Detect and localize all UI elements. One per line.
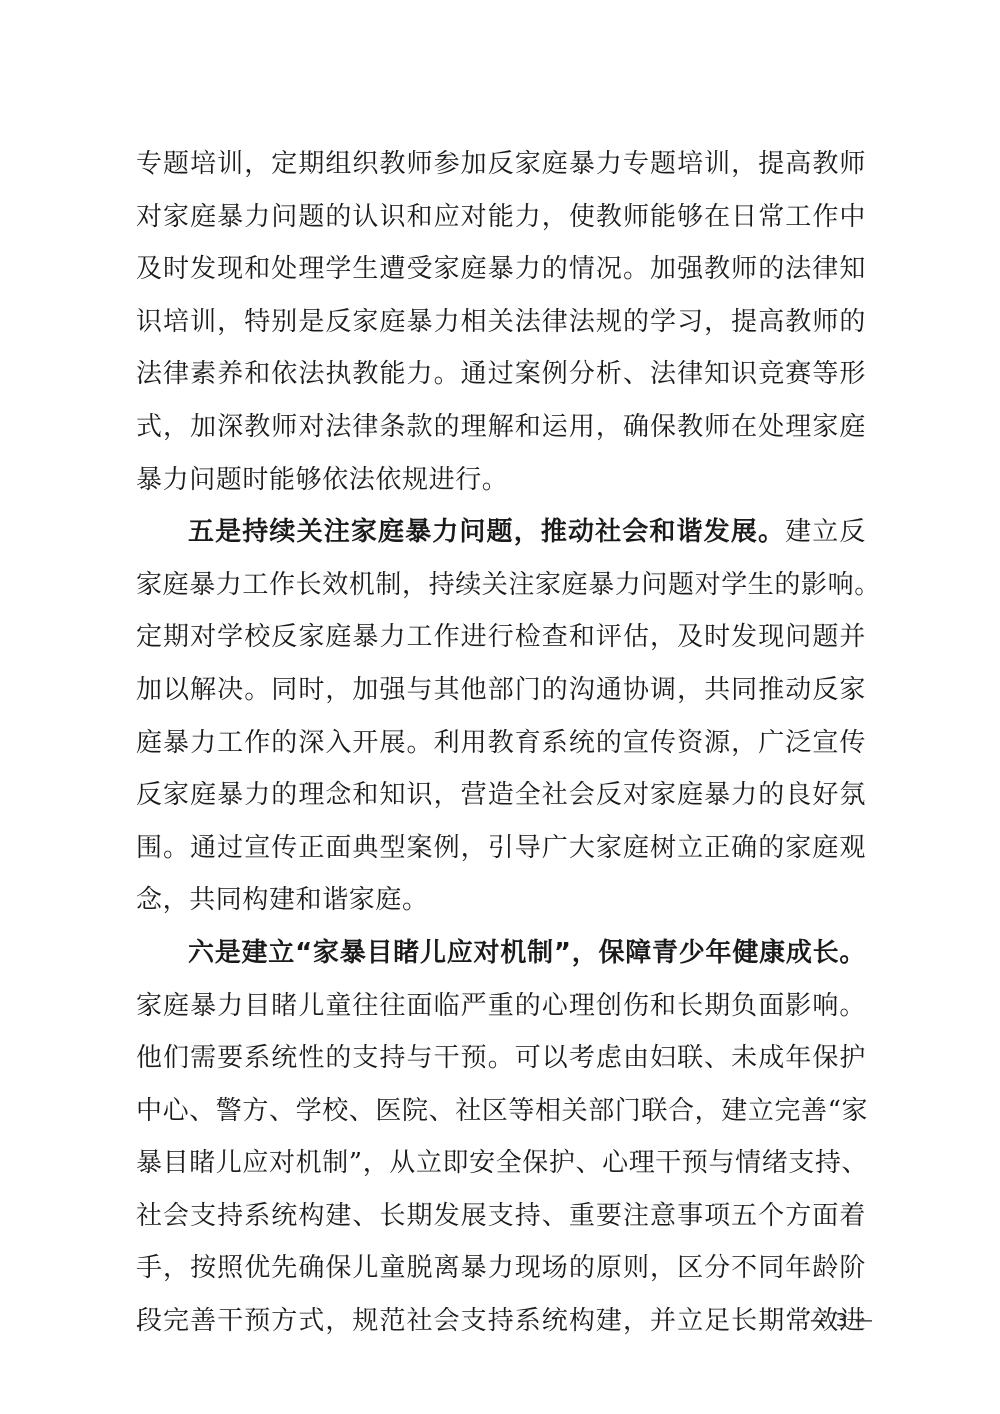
section-5-heading-tail: 建立反 (785, 517, 866, 547)
paragraph-line: 式，加深教师对法律条款的理解和运用，确保教师在处理家庭 (136, 401, 866, 454)
section-5-heading: 五是持续关注家庭暴力问题，推动社会和谐发展。 (188, 517, 785, 547)
paragraph-line: 识培训，特别是反家庭暴力相关法律法规的学习，提高教师的 (136, 296, 866, 349)
section-6-line: 暴目睹儿应对机制”，从立即安全保护、心理干预与情绪支持、 (136, 1137, 866, 1190)
paragraph-line: 及时发现和处理学生遭受家庭暴力的情况。加强教师的法律知 (136, 243, 866, 296)
section-6-line: 段完善干预方式，规范社会支持系统构建，并立足长期常效进 (136, 1295, 866, 1348)
section-6-line: 他们需要系统性的支持与干预。可以考虑由妇联、未成年保护 (136, 1032, 866, 1085)
document-body: 专题培训，定期组织教师参加反家庭暴力专题培训，提高教师 对家庭暴力问题的认识和应… (136, 138, 866, 1348)
section-6-line: 社会支持系统构建、长期发展支持、重要注意事项五个方面着 (136, 1190, 866, 1243)
section-5-heading-line: 五是持续关注家庭暴力问题，推动社会和谐发展。建立反 (136, 506, 866, 559)
section-6-line: 家庭暴力目睹儿童往往面临严重的心理创伤和长期负面影响。 (136, 980, 866, 1033)
section-5-line: 加以解决。同时，加强与其他部门的沟通协调，共同推动反家 (136, 664, 866, 717)
section-5-line: 家庭暴力工作长效机制，持续关注家庭暴力问题对学生的影响。 (136, 559, 866, 612)
section-6-heading: 六是建立“家暴目睹儿应对机制”，保障青少年健康成长。 (136, 927, 866, 980)
paragraph-line: 暴力问题时能够依法依规进行。 (136, 454, 866, 507)
paragraph-line: 专题培训，定期组织教师参加反家庭暴力专题培训，提高教师 (136, 138, 866, 191)
section-5-line: 定期对学校反家庭暴力工作进行检查和评估，及时发现问题并 (136, 611, 866, 664)
section-6-line: 中心、警方、学校、医院、社区等相关部门联合，建立完善“家 (136, 1085, 866, 1138)
section-5-line: 反家庭暴力的理念和知识，营造全社会反对家庭暴力的良好氛 (136, 769, 866, 822)
section-6-line: 手，按照优先确保儿童脱离暴力现场的原则，区分不同年龄阶 (136, 1242, 866, 1295)
section-5-line: 围。通过宣传正面典型案例，引导广大家庭树立正确的家庭观 (136, 822, 866, 875)
page-number: — 3 — (810, 1310, 874, 1331)
section-5-line: 念，共同构建和谐家庭。 (136, 874, 866, 927)
paragraph-line: 法律素养和依法执教能力。通过案例分析、法律知识竞赛等形 (136, 348, 866, 401)
section-5-line: 庭暴力工作的深入开展。利用教育系统的宣传资源，广泛宣传 (136, 717, 866, 770)
paragraph-line: 对家庭暴力问题的认识和应对能力，使教师能够在日常工作中 (136, 191, 866, 244)
